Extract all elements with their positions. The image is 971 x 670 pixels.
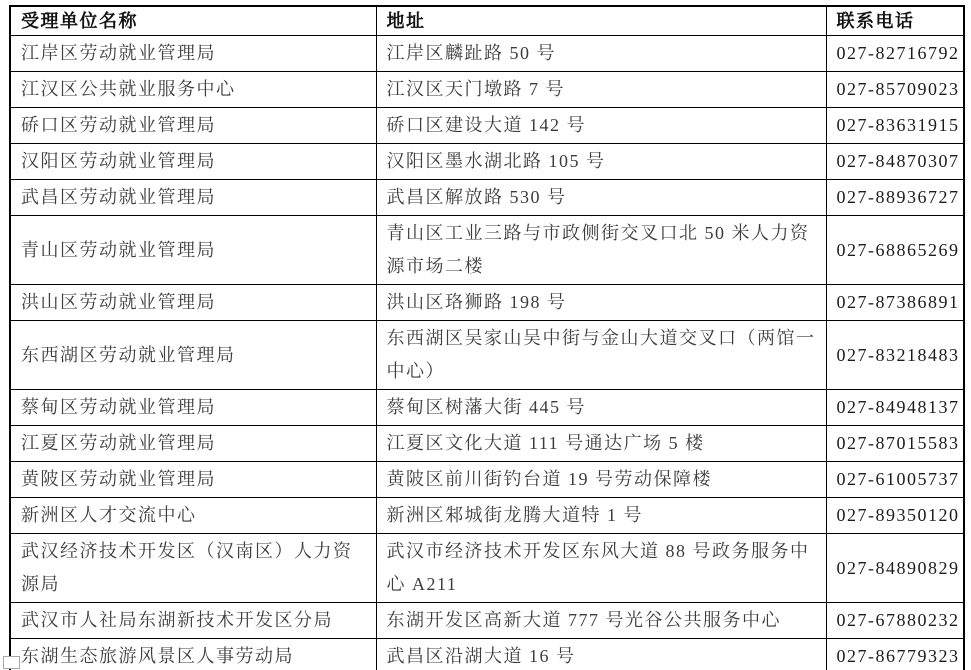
header-unit-name: 受理单位名称 [10, 6, 376, 36]
address-cell: 武汉市经济技术开发区东风大道 88 号政务服务中心 A211 [376, 534, 826, 603]
header-address: 地址 [376, 6, 826, 36]
header-phone: 联系电话 [826, 6, 964, 36]
table-row: 江岸区劳动就业管理局 江岸区麟趾路 50 号 027-82716792 [10, 36, 964, 72]
phone-cell: 027-86779323 [826, 639, 964, 670]
address-cell: 洪山区珞狮路 198 号 [376, 285, 826, 321]
phone-cell: 027-88936727 [826, 180, 964, 216]
phone-cell: 027-87015583 [826, 426, 964, 462]
phone-cell: 027-83631915 [826, 108, 964, 144]
unit-name-cell: 东西湖区劳动就业管理局 [10, 321, 376, 390]
unit-name-cell: 黄陂区劳动就业管理局 [10, 462, 376, 498]
table-row: 东西湖区劳动就业管理局 东西湖区吴家山吴中街与金山大道交叉口（两馆一中心） 02… [10, 321, 964, 390]
phone-cell: 027-84890829 [826, 534, 964, 603]
unit-name-cell: 青山区劳动就业管理局 [10, 216, 376, 285]
table-resize-handle-mark [3, 656, 20, 669]
address-cell: 江岸区麟趾路 50 号 [376, 36, 826, 72]
address-cell: 黄陂区前川街钓台道 19 号劳动保障楼 [376, 462, 826, 498]
table-row: 汉阳区劳动就业管理局 汉阳区墨水湖北路 105 号 027-84870307 [10, 144, 964, 180]
table-row: 江汉区公共就业服务中心 江汉区天门墩路 7 号 027-85709023 [10, 72, 964, 108]
phone-cell: 027-67880232 [826, 603, 964, 639]
header-row: 受理单位名称 地址 联系电话 [10, 6, 964, 36]
phone-cell: 027-84870307 [826, 144, 964, 180]
phone-cell: 027-68865269 [826, 216, 964, 285]
address-cell: 武昌区沿湖大道 16 号 [376, 639, 826, 670]
address-cell: 江汉区天门墩路 7 号 [376, 72, 826, 108]
unit-name-cell: 江汉区公共就业服务中心 [10, 72, 376, 108]
unit-name-cell: 江夏区劳动就业管理局 [10, 426, 376, 462]
table-row: 武昌区劳动就业管理局 武昌区解放路 530 号 027-88936727 [10, 180, 964, 216]
table-row: 洪山区劳动就业管理局 洪山区珞狮路 198 号 027-87386891 [10, 285, 964, 321]
table-row: 青山区劳动就业管理局 青山区工业三路与市政侧街交叉口北 50 米人力资源市场二楼… [10, 216, 964, 285]
phone-cell: 027-89350120 [826, 498, 964, 534]
table-body: 江岸区劳动就业管理局 江岸区麟趾路 50 号 027-82716792 江汉区公… [10, 36, 964, 670]
address-cell: 东湖开发区高新大道 777 号光谷公共服务中心 [376, 603, 826, 639]
phone-cell: 027-87386891 [826, 285, 964, 321]
phone-cell: 027-84948137 [826, 390, 964, 426]
phone-cell: 027-85709023 [826, 72, 964, 108]
unit-name-cell: 武汉市人社局东湖新技术开发区分局 [10, 603, 376, 639]
table-row: 新洲区人才交流中心 新洲区邾城街龙腾大道特 1 号 027-89350120 [10, 498, 964, 534]
address-cell: 东西湖区吴家山吴中街与金山大道交叉口（两馆一中心） [376, 321, 826, 390]
table-row: 东湖生态旅游风景区人事劳动局 武昌区沿湖大道 16 号 027-86779323 [10, 639, 964, 670]
unit-name-cell: 武昌区劳动就业管理局 [10, 180, 376, 216]
table-row: 武汉市人社局东湖新技术开发区分局 东湖开发区高新大道 777 号光谷公共服务中心… [10, 603, 964, 639]
unit-name-cell: 汉阳区劳动就业管理局 [10, 144, 376, 180]
phone-cell: 027-83218483 [826, 321, 964, 390]
address-cell: 汉阳区墨水湖北路 105 号 [376, 144, 826, 180]
table-header: 受理单位名称 地址 联系电话 [10, 6, 964, 36]
phone-cell: 027-82716792 [826, 36, 964, 72]
table-row: 武汉经济技术开发区（汉南区）人力资源局 武汉市经济技术开发区东风大道 88 号政… [10, 534, 964, 603]
phone-cell: 027-61005737 [826, 462, 964, 498]
unit-name-cell: 新洲区人才交流中心 [10, 498, 376, 534]
table-row: 江夏区劳动就业管理局 江夏区文化大道 111 号通达广场 5 楼 027-870… [10, 426, 964, 462]
unit-name-cell: 东湖生态旅游风景区人事劳动局 [10, 639, 376, 670]
contact-units-table: 受理单位名称 地址 联系电话 江岸区劳动就业管理局 江岸区麟趾路 50 号 02… [9, 5, 965, 670]
table-row: 硚口区劳动就业管理局 硚口区建设大道 142 号 027-83631915 [10, 108, 964, 144]
address-cell: 青山区工业三路与市政侧街交叉口北 50 米人力资源市场二楼 [376, 216, 826, 285]
address-cell: 蔡甸区树藩大街 445 号 [376, 390, 826, 426]
unit-name-cell: 蔡甸区劳动就业管理局 [10, 390, 376, 426]
unit-name-cell: 硚口区劳动就业管理局 [10, 108, 376, 144]
address-cell: 武昌区解放路 530 号 [376, 180, 826, 216]
unit-name-cell: 江岸区劳动就业管理局 [10, 36, 376, 72]
address-cell: 硚口区建设大道 142 号 [376, 108, 826, 144]
unit-name-cell: 洪山区劳动就业管理局 [10, 285, 376, 321]
table-row: 蔡甸区劳动就业管理局 蔡甸区树藩大街 445 号 027-84948137 [10, 390, 964, 426]
document-page: 受理单位名称 地址 联系电话 江岸区劳动就业管理局 江岸区麟趾路 50 号 02… [0, 0, 971, 670]
unit-name-cell: 武汉经济技术开发区（汉南区）人力资源局 [10, 534, 376, 603]
address-cell: 江夏区文化大道 111 号通达广场 5 楼 [376, 426, 826, 462]
address-cell: 新洲区邾城街龙腾大道特 1 号 [376, 498, 826, 534]
table-row: 黄陂区劳动就业管理局 黄陂区前川街钓台道 19 号劳动保障楼 027-61005… [10, 462, 964, 498]
